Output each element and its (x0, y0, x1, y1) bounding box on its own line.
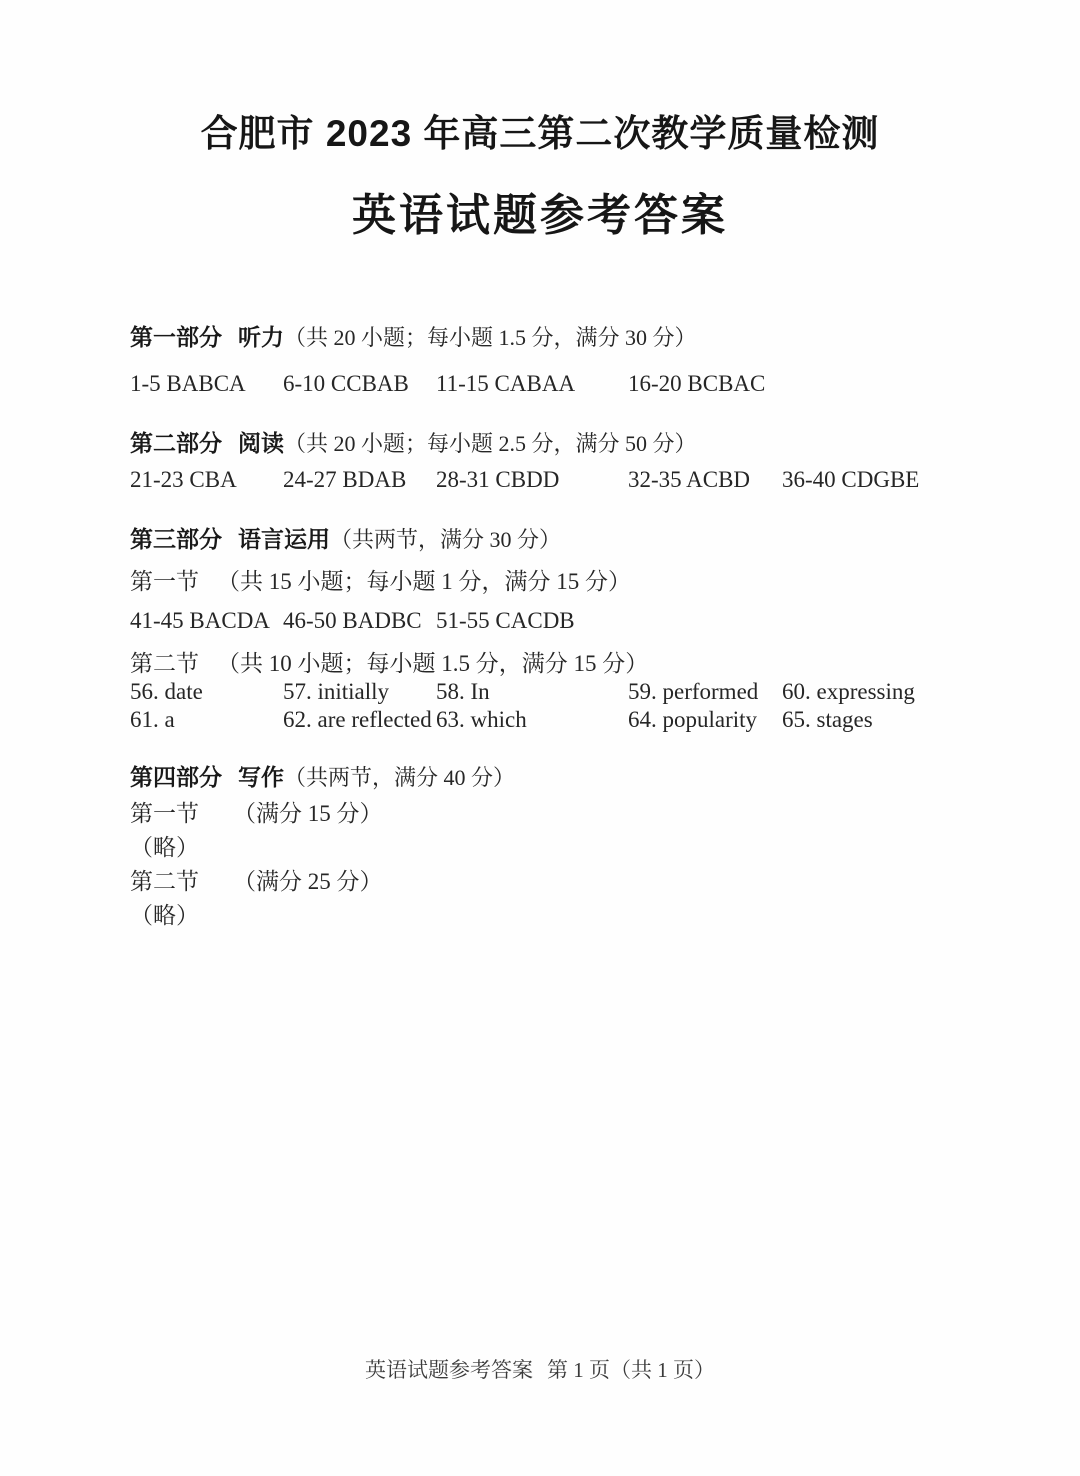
answer-group: 28-31 CBDD (436, 466, 559, 494)
answer-item: 63. which (436, 706, 527, 734)
part4-section1-label: 第一节 (130, 801, 199, 826)
answer-group: 21-23 CBA (130, 466, 237, 494)
page-title: 合肥市 2023 年高三第二次教学质量检测 (0, 112, 1080, 156)
answer-group: 24-27 BDAB (283, 466, 406, 494)
part3-section2-note: （共 10 小题；每小题 1.5 分，满分 15 分） (217, 651, 648, 676)
part2-heading: 第二部分阅读（共 20 小题；每小题 2.5 分，满分 50 分） (130, 430, 697, 458)
grammar-answers-row-2: 61. a 62. are reflected 63. which 64. po… (130, 706, 990, 734)
answer-group: 6-10 CCBAB (283, 370, 409, 398)
part4-note: （共两节，满分 40 分） (284, 765, 515, 790)
part4-section2-label: 第二节 (130, 869, 199, 894)
answer-item: 58. In (436, 678, 490, 706)
answer-group: 32-35 ACBD (628, 466, 750, 494)
footer-page-info: 第 1 页（共 1 页） (547, 1358, 715, 1382)
reading-answers-row: 21-23 CBA 24-27 BDAB 28-31 CBDD 32-35 AC… (130, 466, 990, 494)
answer-item: 60. expressing (782, 678, 915, 706)
part3-heading: 第三部分语言运用（共两节，满分 30 分） (130, 526, 561, 554)
cloze-answers-row: 41-45 BACDA 46-50 BADBC 51-55 CACDB (130, 607, 990, 635)
answer-item: 59. performed (628, 678, 758, 706)
part4-section1-omitted-note: （略） (130, 834, 199, 862)
part4-name: 写作 (238, 764, 284, 790)
part4-section1-note: （满分 15 分） (233, 801, 383, 826)
part3-section2-heading: 第二节（共 10 小题；每小题 1.5 分，满分 15 分） (130, 650, 648, 678)
part3-name: 语言运用 (238, 526, 330, 552)
part3-section1-label: 第一节 (130, 569, 199, 594)
grammar-answers-row-1: 56. date 57. initially 58. In 59. perfor… (130, 678, 990, 706)
answer-item: 56. date (130, 678, 203, 706)
part1-name: 听力 (238, 324, 284, 350)
part4-section2-omitted-note: （略） (130, 902, 199, 930)
part4-section2-note: （满分 25 分） (233, 869, 383, 894)
answer-item: 64. popularity (628, 706, 757, 734)
part4-section1-heading: 第一节（满分 15 分） (130, 800, 383, 828)
answer-group: 41-45 BACDA (130, 607, 270, 635)
part4-heading: 第四部分写作（共两节，满分 40 分） (130, 764, 515, 792)
page-footer: 英语试题参考答案第 1 页（共 1 页） (0, 1358, 1080, 1383)
part3-label: 第三部分 (130, 526, 222, 552)
part3-section1-note: （共 15 小题；每小题 1 分，满分 15 分） (217, 569, 631, 594)
part4-label: 第四部分 (130, 764, 222, 790)
part2-name: 阅读 (238, 430, 284, 456)
answer-item: 57. initially (283, 678, 389, 706)
answer-group: 1-5 BABCA (130, 370, 246, 398)
part1-label: 第一部分 (130, 324, 222, 350)
footer-doc-name: 英语试题参考答案 (365, 1358, 533, 1382)
answer-group: 36-40 CDGBE (782, 466, 919, 494)
part1-note: （共 20 小题；每小题 1.5 分，满分 30 分） (284, 325, 697, 350)
part2-note: （共 20 小题；每小题 2.5 分，满分 50 分） (284, 431, 697, 456)
exam-answer-sheet-page: 合肥市 2023 年高三第二次教学质量检测 英语试题参考答案 第一部分听力（共 … (0, 0, 1080, 1476)
answer-group: 46-50 BADBC (283, 607, 422, 635)
answer-group: 16-20 BCBAC (628, 370, 765, 398)
answer-group: 51-55 CACDB (436, 607, 575, 635)
part4-section2-heading: 第二节（满分 25 分） (130, 868, 383, 896)
answer-item: 61. a (130, 706, 175, 734)
part3-note: （共两节，满分 30 分） (330, 527, 561, 552)
part3-section2-label: 第二节 (130, 651, 199, 676)
listening-answers-row: 1-5 BABCA 6-10 CCBAB 11-15 CABAA 16-20 B… (130, 370, 990, 398)
answer-item: 62. are reflected (283, 706, 432, 734)
part1-heading: 第一部分听力（共 20 小题；每小题 1.5 分，满分 30 分） (130, 324, 697, 352)
part2-label: 第二部分 (130, 430, 222, 456)
answer-item: 65. stages (782, 706, 873, 734)
answer-group: 11-15 CABAA (436, 370, 575, 398)
page-subtitle: 英语试题参考答案 (0, 190, 1080, 243)
part3-section1-heading: 第一节（共 15 小题；每小题 1 分，满分 15 分） (130, 568, 631, 596)
